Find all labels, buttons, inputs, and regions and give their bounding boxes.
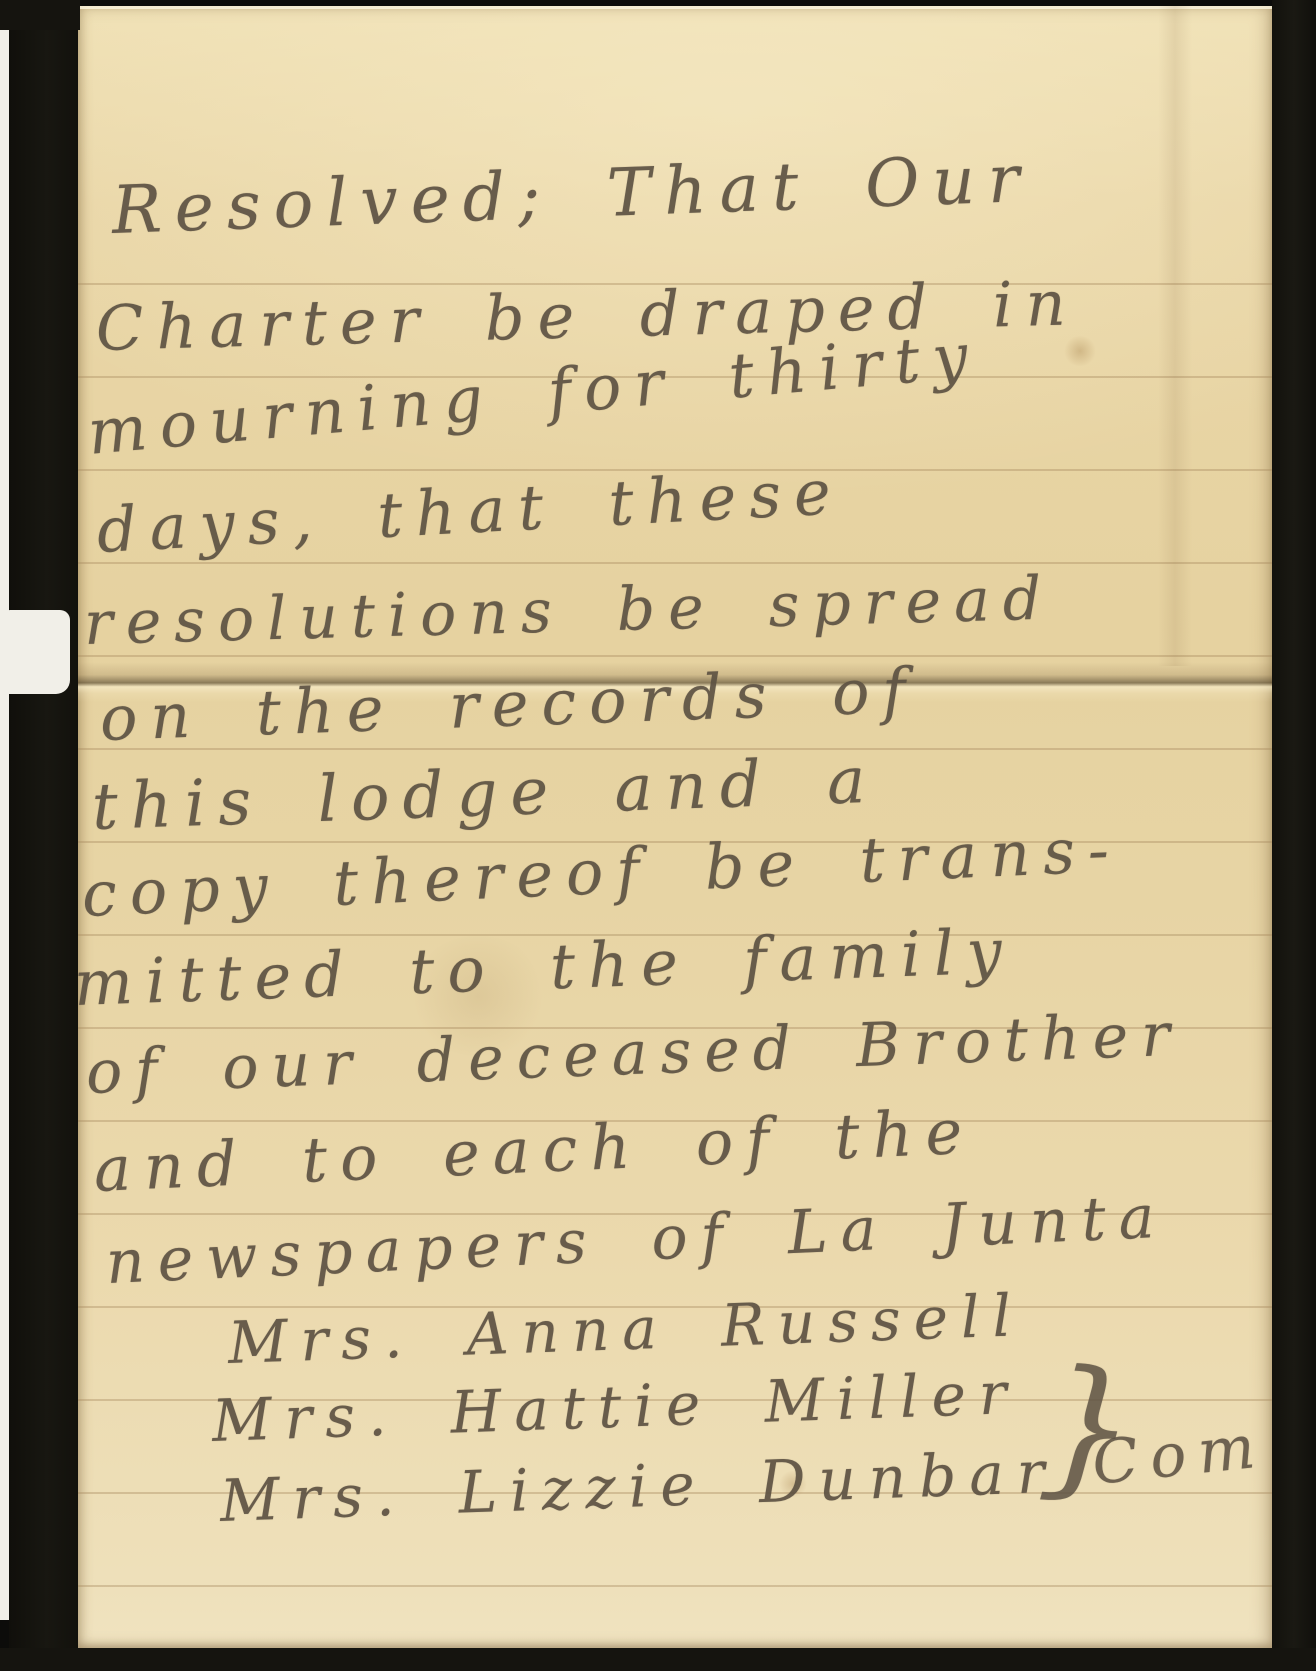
- handwritten-line: newspapers of La Junta: [105, 1187, 1169, 1293]
- mourning-border-bottom: [0, 1648, 1316, 1671]
- handwritten-line: Mrs. Lizzie Dunbar: [219, 1443, 1058, 1530]
- mourning-border-left: [9, 8, 78, 1671]
- handwriting-layer: Resolved; That OurCharter be draped inmo…: [0, 0, 1316, 1671]
- handwritten-line: Resolved; That Our: [111, 146, 1034, 244]
- mourning-border-top-left: [0, 0, 80, 30]
- handwritten-line: days, that these: [95, 461, 845, 562]
- fold-gap: [6, 610, 70, 694]
- handwritten-line: mitted to the family: [73, 920, 1016, 1015]
- handwritten-line: Mrs. Hattie Miller: [211, 1364, 1020, 1450]
- handwritten-line: this lodge and a: [91, 749, 879, 840]
- handwritten-line: on the records of: [99, 659, 919, 750]
- scanned-letter: Resolved; That OurCharter be draped inmo…: [0, 0, 1316, 1671]
- handwritten-line: resolutions be spread: [83, 569, 1055, 654]
- handwritten-line: of our deceased Brother: [85, 1005, 1184, 1103]
- handwritten-line: and to each of the: [93, 1101, 977, 1201]
- handwritten-line: Mrs. Anna Russell: [227, 1286, 1025, 1372]
- mourning-border-right: [1272, 0, 1316, 1671]
